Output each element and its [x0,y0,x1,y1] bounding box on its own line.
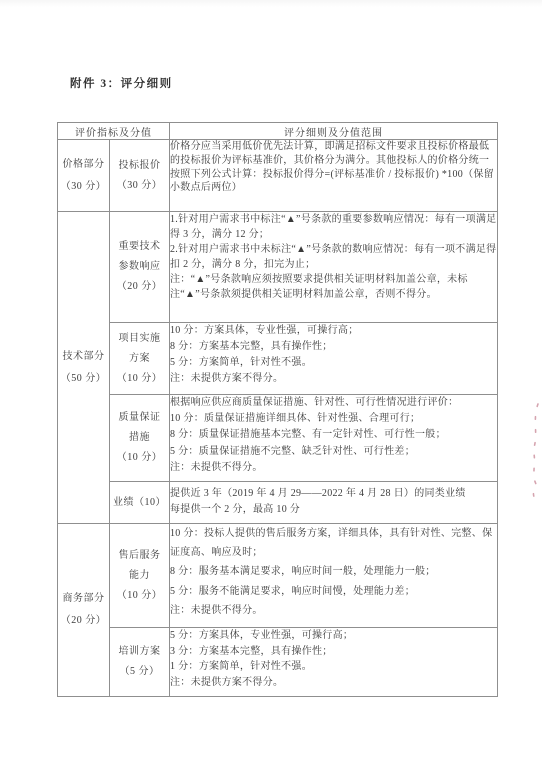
table-row: 培训方案 （5 分） 5 分：方案具体，专业性强，可操行高； 3 分：方案基本完… [58,628,498,697]
criteria-cell-quality-assurance: 根据响应供应商质量保证措施、针对性、可行性情况进行评价： 10 分：质量保证措施… [170,395,498,482]
table-header-row: 评价指标及分值 评分细则及分值范围 [58,123,498,140]
criteria-line: 5 分：方案简单，针对性不强。 [170,355,497,371]
scoring-criteria-table: 评价指标及分值 评分细则及分值范围 价格部分 （30 分） 投标报价 （30 分… [57,122,498,697]
table-row: 商务部分 （20 分） 售后服务 能力 （10 分） 10 分：投标人提供的售后… [58,524,498,628]
criteria-line: 2.针对用户需求书中未标注“▲”号条款的数响应情况：每有一项不满足得扣 2 分，… [170,242,497,272]
item-cell-quality-assurance: 质量保证 措施 （10 分） [110,395,170,482]
category-cell-technical: 技术部分 （50 分） [58,212,110,524]
criteria-line: 注：未提供方案不得分。 [170,371,497,387]
criteria-line: 5 分：方案具体，专业性强，可操行高； [170,628,497,644]
criteria-line: 注：未提供不得分。 [170,601,497,620]
criteria-line: 注：未提供方案不得分。 [170,675,497,691]
table-row: 价格部分 （30 分） 投标报价 （30 分） 价格分应当采用低价优先法计算，即… [58,140,498,212]
criteria-line: 10 分：质量保证措施详细具体、针对性强、合理可行； [170,411,497,427]
item-cell-training-plan: 培训方案 （5 分） [110,628,170,697]
category-cell-price: 价格部分 （30 分） [58,140,110,212]
criteria-line: 每提供一个 2 分，最高 10 分 [170,502,497,518]
criteria-cell-bid-price: 价格分应当采用低价优先法计算，即满足招标文件要求且投标价格最低的投标报价为评标基… [170,140,498,212]
criteria-cell-training-plan: 5 分：方案具体，专业性强，可操行高； 3 分：方案基本完整，具有操作性； 1 … [170,628,498,697]
criteria-line: 价格分应当采用低价优先法计算，即满足招标文件要求且投标价格最低的投标报价为评标基… [170,140,497,195]
criteria-line: 3 分：方案基本完整，具有操作性； [170,644,497,660]
criteria-cell-implementation-plan: 10 分：方案具体，专业性强，可操行高； 8 分：方案基本完整，具有操作性； 5… [170,323,498,395]
criteria-line: 1.针对用户需求书中标注“▲”号条款的重要参数响应情况：每有一项满足得 3 分，… [170,212,497,242]
criteria-line: 注：未提供不得分。 [170,460,497,476]
criteria-line: 8 分：质量保证措施基本完整、有一定针对性、可行性一般； [170,427,497,443]
criteria-line: 提供近 3 年（2019 年 4 月 29——2022 年 4 月 28 日）的… [170,486,497,502]
criteria-line: 5 分：质量保证措施不完整、缺乏针对性、可行性差； [170,444,497,460]
item-cell-after-sales-service: 售后服务 能力 （10 分） [110,524,170,628]
criteria-line: 根据响应供应商质量保证措施、针对性、可行性情况进行评价： [170,395,497,411]
item-cell-track-record: 业绩（10） [110,482,170,524]
table-row: 项目实施 方案 （10 分） 10 分：方案具体，专业性强，可操行高； 8 分：… [58,323,498,395]
item-cell-bid-price: 投标报价 （30 分） [110,140,170,212]
criteria-cell-track-record: 提供近 3 年（2019 年 4 月 29——2022 年 4 月 28 日）的… [170,482,498,524]
header-detail: 评分细则及分值范围 [170,123,498,140]
criteria-line: 5 分：服务不能满足要求，响应时间慢，处理能力差； [170,582,497,601]
criteria-line: 注：“▲”号条款响应须按照要求提供相关证明材料加盖公章，未标注“▲”号条款须提供… [170,272,497,302]
table-row: 技术部分 （50 分） 重要技术 参数响应 （20 分） 1.针对用户需求书中标… [58,212,498,323]
criteria-cell-key-tech-params: 1.针对用户需求书中标注“▲”号条款的重要参数响应情况：每有一项满足得 3 分，… [170,212,498,323]
item-cell-implementation-plan: 项目实施 方案 （10 分） [110,323,170,395]
document-title: 附件 3：评分细则 [70,75,173,91]
category-cell-commercial: 商务部分 （20 分） [58,524,110,697]
criteria-line: 1 分：方案简单，针对性不强。 [170,659,497,675]
criteria-line: 10 分：方案具体，专业性强，可操行高； [170,323,497,339]
table-row: 质量保证 措施 （10 分） 根据响应供应商质量保证措施、针对性、可行性情况进行… [58,395,498,482]
item-cell-key-tech-params: 重要技术 参数响应 （20 分） [110,212,170,323]
table-row: 业绩（10） 提供近 3 年（2019 年 4 月 29——2022 年 4 月… [58,482,498,524]
criteria-line: 8 分：服务基本满足要求，响应时间一般，处理能力一般； [170,562,497,581]
criteria-cell-after-sales-service: 10 分：投标人提供的售后服务方案，详细具体，具有针对性、完整、保证度高、响应及… [170,524,498,628]
criteria-line: 10 分：投标人提供的售后服务方案，详细具体，具有针对性、完整、保证度高、响应及… [170,524,497,562]
criteria-line: 8 分：方案基本完整，具有操作性； [170,339,497,355]
header-indicator: 评价指标及分值 [58,123,170,140]
